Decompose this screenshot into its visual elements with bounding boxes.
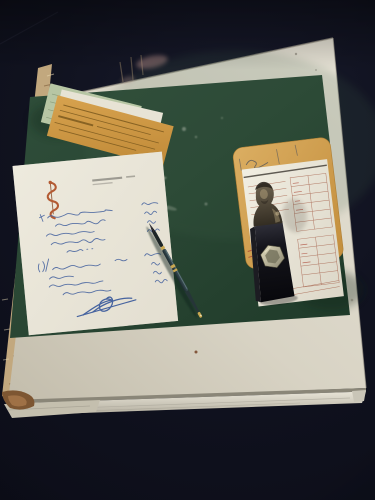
speck [295, 53, 297, 55]
background-scratch [0, 12, 58, 44]
speck [195, 351, 198, 354]
photo-canvas [0, 0, 375, 500]
page-step [352, 390, 366, 402]
book-photo [0, 0, 375, 500]
